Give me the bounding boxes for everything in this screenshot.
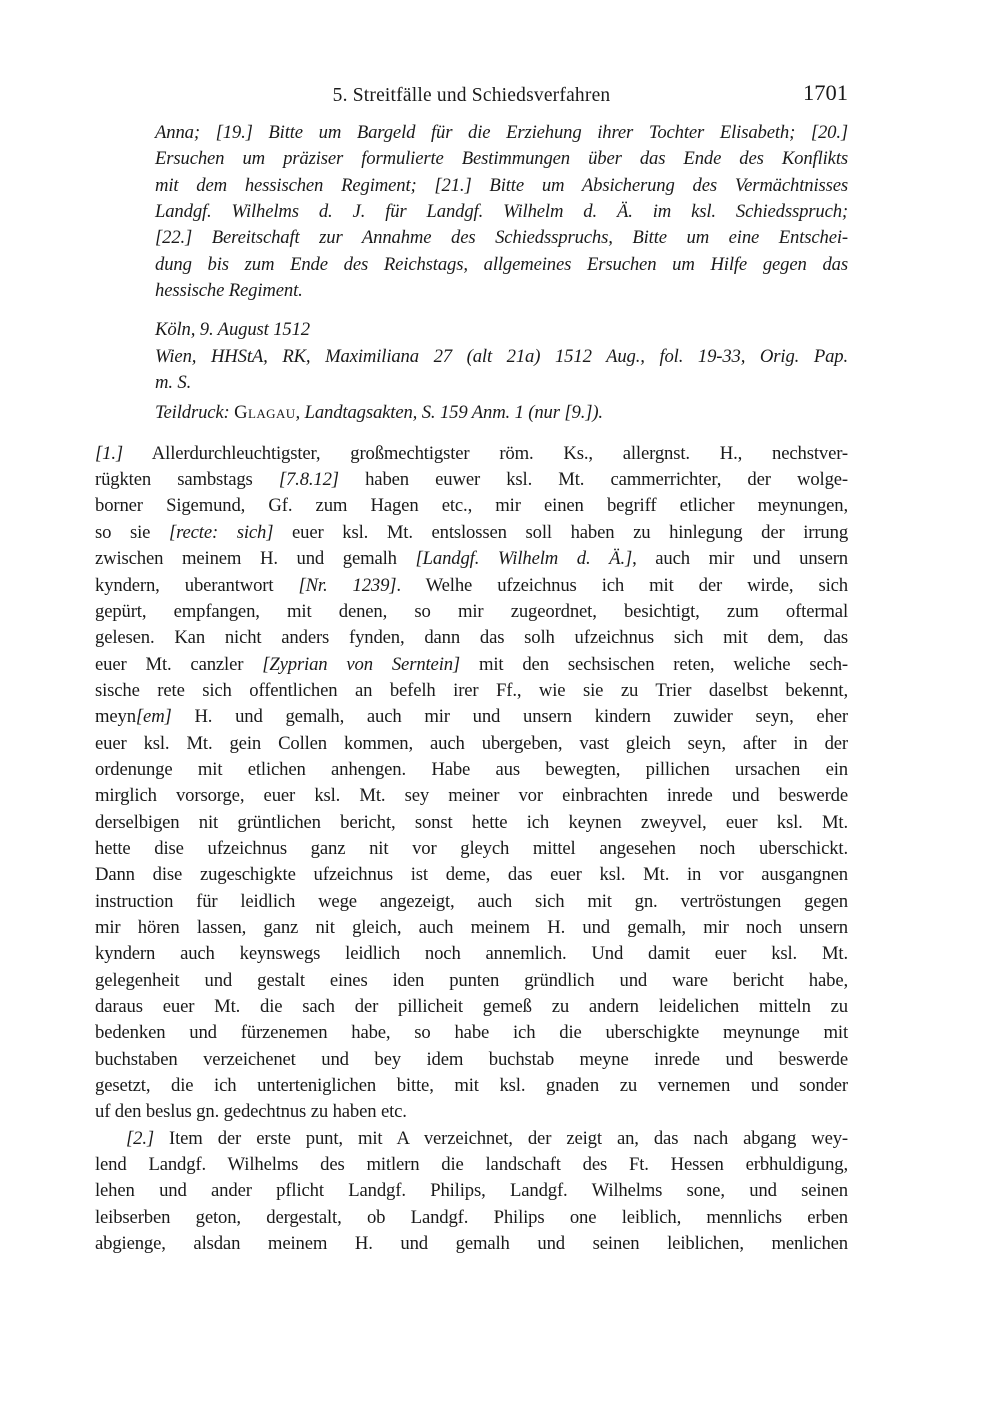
text-line: Ersuchen um präziser formulierte Bestimm… (155, 146, 848, 172)
text-segment: mir hören lassen, ganz nit gleich, auch … (95, 917, 848, 938)
text-line: daraus euer Mt. die sach der pillicheit … (95, 994, 848, 1020)
text-line: zwischen meinem H. und gemalh [Landgf. W… (95, 546, 848, 572)
text-segment: Anna; [19.] Bitte um Bargeld für die Erz… (155, 122, 848, 143)
text-segment: borner Sigemund, Gf. zum Hagen etc., mir… (95, 495, 848, 516)
text-segment: Item der erste punt, mit A verzeichnet, … (154, 1128, 848, 1149)
text-segment: euer ksl. Mt. entslossen soll haben zu h… (273, 522, 848, 543)
print-reference: Teildruck: Glagau, Landtagsakten, S. 159… (155, 400, 848, 426)
text-line: [2.] Item der erste punt, mit A verzeich… (95, 1126, 848, 1152)
text-segment: so sie (95, 522, 169, 543)
text-segment: [recte: sich] (169, 522, 273, 543)
text-segment: Dann dise zugeschigkte ufzeichnus ist de… (95, 864, 848, 885)
text-segment: derselbigen nit grüntlichen bericht, son… (95, 812, 848, 833)
text-segment: ordenunge mit etlichen anhengen. Habe au… (95, 759, 848, 780)
text-segment: haben euwer ksl. Mt. cammerrichter, der … (339, 469, 848, 490)
text-segment: gesetzt, die ich unterteniglichen bitte,… (95, 1075, 848, 1096)
text-line: derselbigen nit grüntlichen bericht, son… (95, 810, 848, 836)
text-segment: H. und gemalh, auch mir und unsern kinde… (172, 706, 848, 727)
text-segment: bedenken und fürzenemen habe, so habe ic… (95, 1022, 848, 1043)
text-line: instruction für leidlich wege angezeigt,… (95, 889, 848, 915)
text-line: [1.] Allerdurchleuchtigster, großmechtig… (95, 441, 848, 467)
text-segment: mit dem hessischen Regiment; [21.] Bitte… (155, 175, 848, 196)
text-line: mir hören lassen, ganz nit gleich, auch … (95, 915, 848, 941)
text-segment: Allerdurchleuchtigster, großmechtigster … (123, 443, 848, 464)
text-segment: Teildruck: (155, 402, 234, 423)
text-segment: Ersuchen um präziser formulierte Bestimm… (155, 148, 848, 169)
text-line: kyndern auch keynswegs leidlich noch ann… (95, 941, 848, 967)
text-segment: [Nr. 1239] (298, 575, 396, 596)
text-segment: [em] (136, 706, 172, 727)
text-segment: lehen und ander pflicht Landgf. Philips,… (95, 1180, 848, 1201)
text-segment: lend Landgf. Wilhelms des mitlern die la… (95, 1154, 848, 1175)
text-segment: kyndern auch keynswegs leidlich noch ann… (95, 943, 848, 964)
text-segment: rügkten sambstags (95, 469, 279, 490)
text-line: meyn[em] H. und gemalh, auch mir und uns… (95, 704, 848, 730)
text-line: bedenken und fürzenemen habe, so habe ic… (95, 1020, 848, 1046)
text-segment: dung bis zum Ende des Reichstags, allgem… (155, 254, 848, 275)
text-segment: [22.] Bereitschaft zur Annahme des Schie… (155, 227, 848, 248)
text-segment: daraus euer Mt. die sach der pillicheit … (95, 996, 848, 1017)
text-segment: buchstaben verzeichenet und bey idem buc… (95, 1049, 848, 1070)
text-line: rügkten sambstags [7.8.12] haben euwer k… (95, 467, 848, 493)
text-segment: [7.8.12] (279, 469, 339, 490)
text-line: leibserben geton, dergestalt, ob Landgf.… (95, 1205, 848, 1231)
text-segment: gepürt, empfangen, mit denen, so mir zug… (95, 601, 848, 622)
regest-summary: Anna; [19.] Bitte um Bargeld für die Erz… (155, 120, 848, 304)
text-segment: abgienge, alsdan meinem H. und gemalh un… (95, 1233, 848, 1254)
text-line: hessische Regiment. (155, 278, 848, 304)
text-line: lehen und ander pflicht Landgf. Philips,… (95, 1178, 848, 1204)
text-line: Köln, 9. August 1512 (155, 317, 848, 343)
dateline: Köln, 9. August 1512 (155, 317, 848, 343)
text-line: abgienge, alsdan meinem H. und gemalh un… (95, 1231, 848, 1257)
text-line: Dann dise zugeschigkte ufzeichnus ist de… (95, 862, 848, 888)
archival-source: Wien, HHStA, RK, Maximiliana 27 (alt 21a… (155, 344, 848, 397)
text-block: 5. Streitfälle und Schiedsverfahren 1701… (95, 84, 848, 1257)
text-line: gelegenheit und gestalt eines iden punte… (95, 968, 848, 994)
text-segment: instruction für leidlich wege angezeigt,… (95, 891, 848, 912)
text-segment: uf den beslus gn. gedechtnus zu haben et… (95, 1101, 407, 1122)
body-paragraph-1: [1.] Allerdurchleuchtigster, großmechtig… (95, 441, 848, 1126)
text-line: buchstaben verzeichenet und bey idem buc… (95, 1047, 848, 1073)
text-segment: [1.] (95, 443, 123, 464)
page-number: 1701 (803, 81, 848, 105)
text-line: lend Landgf. Wilhelms des mitlern die la… (95, 1152, 848, 1178)
text-segment: meyn (95, 706, 136, 727)
text-segment: , Landtagsakten, S. 159 Anm. 1 (nur [9.]… (296, 402, 603, 423)
text-segment: . Welhe ufzeichnus ich mit der wirde, si… (396, 575, 848, 596)
text-segment: , auch mir und unsern (632, 548, 848, 569)
text-line: Anna; [19.] Bitte um Bargeld für die Erz… (155, 120, 848, 146)
text-segment: Glagau (234, 402, 295, 423)
text-line: mirglich vorsorge, euer ksl. Mt. sey mei… (95, 783, 848, 809)
text-segment: Landgf. Wilhelms d. J. für Landgf. Wilhe… (155, 201, 848, 222)
text-segment: gelegenheit und gestalt eines iden punte… (95, 970, 848, 991)
text-segment: hessische Regiment. (155, 280, 303, 301)
text-line: Wien, HHStA, RK, Maximiliana 27 (alt 21a… (155, 344, 848, 370)
text-line: mit dem hessischen Regiment; [21.] Bitte… (155, 173, 848, 199)
text-segment: [2.] (126, 1128, 154, 1149)
text-line: ordenunge mit etlichen anhengen. Habe au… (95, 757, 848, 783)
text-line: Teildruck: Glagau, Landtagsakten, S. 159… (155, 400, 848, 426)
text-line: kyndern, uberantwort [Nr. 1239]. Welhe u… (95, 573, 848, 599)
text-segment: hette dise ufzeichnus ganz nit vor gleyc… (95, 838, 848, 859)
text-line: [22.] Bereitschaft zur Annahme des Schie… (155, 225, 848, 251)
text-segment: kyndern, uberantwort (95, 575, 298, 596)
text-segment: leibserben geton, dergestalt, ob Landgf.… (95, 1207, 848, 1228)
text-segment: m. S. (155, 372, 191, 393)
text-segment: euer Mt. canzler (95, 654, 262, 675)
text-line: sische rete sich offentlichen an befelh … (95, 678, 848, 704)
text-line: euer ksl. Mt. gein Collen kommen, auch u… (95, 731, 848, 757)
text-segment: Köln, 9. August 1512 (155, 319, 310, 340)
text-line: gesetzt, die ich unterteniglichen bitte,… (95, 1073, 848, 1099)
page-header: 5. Streitfälle und Schiedsverfahren 1701 (95, 84, 848, 110)
text-line: so sie [recte: sich] euer ksl. Mt. entsl… (95, 520, 848, 546)
text-segment: sische rete sich offentlichen an befelh … (95, 680, 848, 701)
text-segment: [Landgf. Wilhelm d. Ä.] (416, 548, 633, 569)
body-paragraph-2: [2.] Item der erste punt, mit A verzeich… (95, 1126, 848, 1258)
text-segment: Wien, HHStA, RK, Maximiliana 27 (alt 21a… (155, 346, 848, 367)
text-segment: gelesen. Kan nicht anders fynden, dann d… (95, 627, 848, 648)
text-line: dung bis zum Ende des Reichstags, allgem… (155, 252, 848, 278)
text-line: gepürt, empfangen, mit denen, so mir zug… (95, 599, 848, 625)
text-line: Landgf. Wilhelms d. J. für Landgf. Wilhe… (155, 199, 848, 225)
running-header-title: 5. Streitfälle und Schiedsverfahren (95, 84, 848, 108)
text-segment: mit den sechsischen reten, weliche sech- (460, 654, 848, 675)
text-line: hette dise ufzeichnus ganz nit vor gleyc… (95, 836, 848, 862)
text-line: euer Mt. canzler [Zyprian von Serntein] … (95, 652, 848, 678)
text-line: m. S. (155, 370, 848, 396)
text-segment: mirglich vorsorge, euer ksl. Mt. sey mei… (95, 785, 848, 806)
text-line: uf den beslus gn. gedechtnus zu haben et… (95, 1099, 848, 1125)
text-segment: [Zyprian von Serntein] (262, 654, 460, 675)
text-segment: zwischen meinem H. und gemalh (95, 548, 416, 569)
text-line: gelesen. Kan nicht anders fynden, dann d… (95, 625, 848, 651)
text-line: borner Sigemund, Gf. zum Hagen etc., mir… (95, 493, 848, 519)
text-segment: euer ksl. Mt. gein Collen kommen, auch u… (95, 733, 848, 754)
book-page: 5. Streitfälle und Schiedsverfahren 1701… (0, 0, 1004, 1418)
